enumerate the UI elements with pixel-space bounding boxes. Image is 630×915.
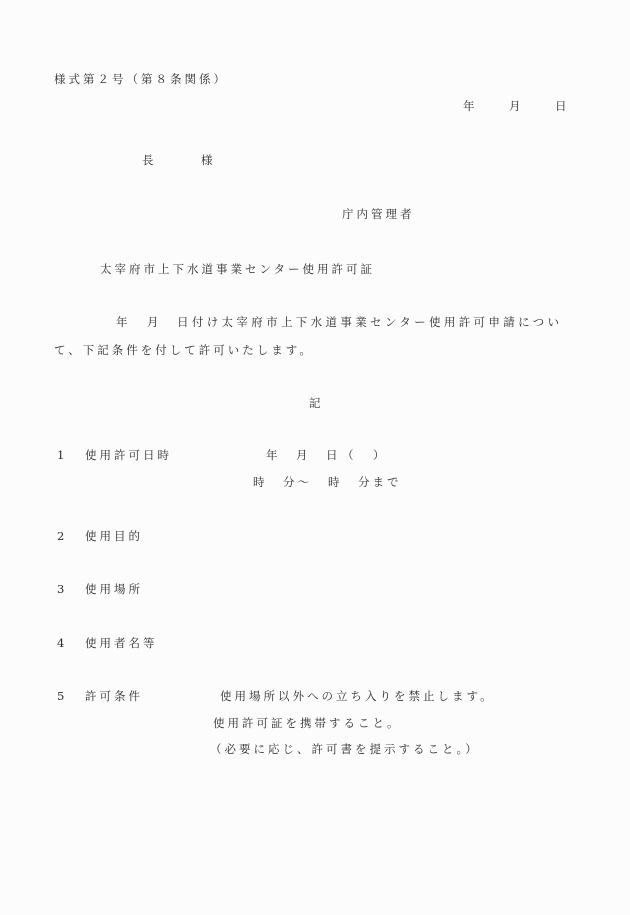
body-line2: て、下記条件を付して許可いたします。 [54, 343, 314, 357]
item-time-min1: 分～ [283, 475, 312, 489]
document-title: 太宰府市上下水道事業センター使用許可証 [100, 262, 375, 276]
item-label: 使用目的 [85, 529, 143, 543]
item-time-hour1: 時 [253, 475, 268, 489]
body-year-label: 年 [116, 315, 131, 329]
item-time-hour2: 時 [328, 475, 343, 489]
condition-line: （必要に応じ、許可書を提示すること。） [210, 742, 480, 756]
item-number: 4 [57, 636, 64, 650]
item-label: 使用許可日時 [85, 448, 172, 462]
condition-line: 使用許可証を携帯すること。 [213, 716, 402, 730]
item-number: 1 [57, 448, 64, 462]
addressee-title: 長 [142, 153, 157, 167]
body-line1-rest: 日付け太宰府市上下水道事業センター使用許可申請につい [177, 315, 562, 329]
issuer: 庁内管理者 [342, 207, 415, 221]
date-month-label: 月 [509, 99, 524, 113]
ki-heading: 記 [309, 396, 324, 410]
form-number: 様式第２号（第８条関係） [54, 72, 228, 86]
item-date-day: 日 [326, 448, 341, 462]
item-number: 2 [57, 529, 64, 543]
item-number: 5 [57, 689, 64, 703]
item-label: 許可条件 [85, 689, 143, 703]
condition-line: 使用場所以外への立ち入りを禁止します。 [220, 689, 495, 703]
item-label: 使用場所 [85, 582, 143, 596]
body-month-label: 月 [147, 315, 162, 329]
date-year-label: 年 [463, 99, 478, 113]
item-date-weekday: （ ） [342, 448, 389, 462]
item-date-year: 年 [266, 448, 281, 462]
date-day-label: 日 [555, 99, 570, 113]
item-time-min2: 分まで [358, 475, 402, 489]
item-date-month: 月 [296, 448, 311, 462]
addressee-honorific: 様 [201, 153, 216, 167]
item-label: 使用者名等 [85, 636, 158, 650]
item-number: 3 [57, 582, 64, 596]
